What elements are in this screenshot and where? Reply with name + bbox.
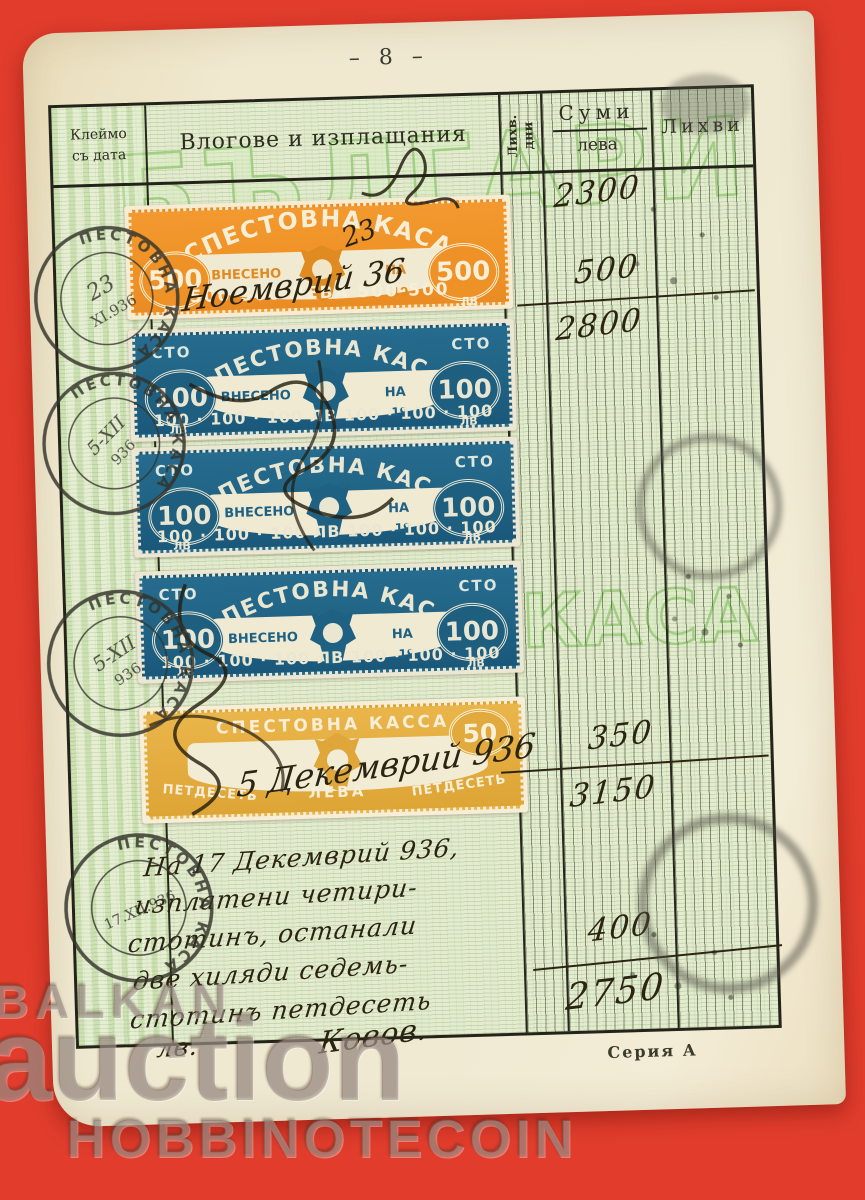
pen-flourish — [352, 130, 465, 223]
header-interest-days-line1: Лихв. — [505, 115, 521, 158]
header-sums: Суми лева — [542, 90, 652, 170]
passbook-page: – 8 – БЪЛГАРИ КАСА Клеймо съ дата Влогов… — [22, 10, 846, 1127]
header-kleimo-line1: Клеймо — [52, 123, 146, 147]
header-kleimo-line2: съ дата — [52, 144, 146, 168]
series-label: Серия А — [607, 1040, 698, 1062]
header-interest-days-line2: дни — [521, 121, 537, 149]
header-interest-days-rotated: Лихв. дни — [505, 101, 538, 170]
header-kleimo: Клеймо съ дата — [51, 105, 146, 185]
hand-note-lv: лв. — [156, 1031, 201, 1063]
header-sums-top: Суми — [542, 90, 651, 125]
ink-scribble — [179, 347, 425, 574]
stamp-100-sto-right: СТО — [451, 334, 492, 353]
stamp-100-sto-right: СТО — [458, 576, 499, 595]
postmark-date: 17.XII.936 — [102, 888, 178, 933]
header-interest-days: Лихв. дни — [500, 94, 542, 172]
stamp-100-na: НА — [392, 627, 413, 643]
header-sums-bottom: лева — [543, 129, 652, 156]
page-number: – 8 – — [23, 34, 755, 81]
auction-photo: { "page": { "number": "– 8 –", "series":… — [0, 0, 865, 1200]
stamp-100-sto-right: СТО — [455, 452, 496, 471]
